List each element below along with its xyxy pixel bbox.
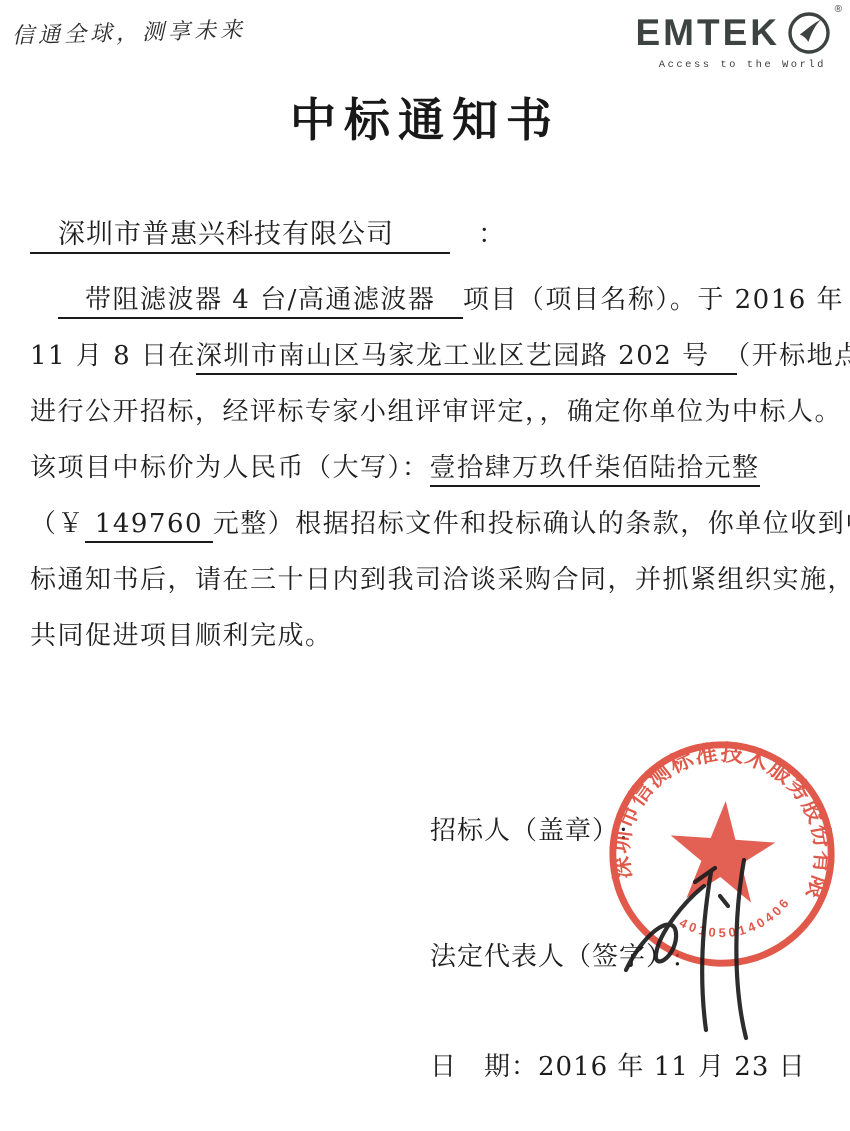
plain-text: （开标地点） bbox=[737, 341, 850, 371]
plain-text: 11 月 8 日在 bbox=[30, 341, 196, 371]
emtek-logo: EMTEK ® Access to the World bbox=[619, 8, 834, 74]
underlined-text: 深圳市南山区马家龙工业区艺园路 202 号 bbox=[196, 341, 737, 375]
date-label: 日 期：2016 年 11 月 23 日 bbox=[430, 1046, 806, 1083]
body-line: 该项目中标价为人民币（大写）：壹拾肆万玖仟柒佰陆拾元整 bbox=[30, 444, 822, 500]
plain-text: ： bbox=[450, 219, 506, 250]
svg-text:401050140406: 401050140406 bbox=[676, 886, 794, 945]
body-line: 带阻滤波器 4 台/高通滤波器 项目（项目名称）。于 2016 年 bbox=[30, 276, 822, 332]
underlined-text: 149760 bbox=[85, 509, 213, 543]
seal-serial-number: 401050140406 bbox=[676, 886, 794, 945]
underlined-text: 深圳市普惠兴科技有限公司 bbox=[30, 219, 450, 254]
salutation-line: 深圳市普惠兴科技有限公司 ： bbox=[30, 212, 506, 251]
plain-text: 进行公开招标，经评标专家小组评审评定，，确定你单位为中标人。 bbox=[30, 397, 842, 427]
body-line: 标通知书后，请在三十日内到我司洽谈采购合同，并抓紧组织实施， bbox=[30, 556, 822, 612]
plain-text: 共同促进项目顺利完成。 bbox=[30, 621, 333, 651]
seal-star bbox=[666, 797, 778, 904]
document-page: 信通全球，测享未来 EMTEK ® Access to the World 中标… bbox=[0, 0, 850, 1131]
plain-text: 项目（项目名称）。于 2016 年 bbox=[463, 285, 844, 315]
body-line: （￥ 149760 元整）根据招标文件和投标确认的条款，你单位收到中 bbox=[30, 500, 822, 556]
logo-wordmark: EMTEK bbox=[636, 14, 781, 51]
svg-text:深圳市信测标准技术服务股份有限公司: 深圳市信测标准技术服务股份有限公司 bbox=[596, 728, 846, 904]
body-paragraphs: 带阻滤波器 4 台/高通滤波器 项目（项目名称）。于 2016 年11 月 8 … bbox=[30, 276, 822, 668]
plain-text: 元整）根据招标文件和投标确认的条款，你单位收到中 bbox=[213, 509, 850, 539]
plain-text: 标通知书后，请在三十日内到我司洽谈采购合同，并抓紧组织实施， bbox=[30, 565, 850, 595]
body-line: 进行公开招标，经评标专家小组评审评定，，确定你单位为中标人。 bbox=[30, 388, 822, 444]
registered-mark: ® bbox=[835, 4, 842, 15]
page-title: 中标通知书 bbox=[0, 84, 850, 150]
handwritten-slogan: 信通全球，测享未来 bbox=[12, 13, 247, 50]
logo-tagline: Access to the World bbox=[619, 59, 834, 71]
plain-text: 该项目中标价为人民币（大写）： bbox=[30, 453, 430, 483]
check-in-circle-icon: ® bbox=[786, 8, 834, 56]
body-line: 11 月 8 日在深圳市南山区马家龙工业区艺园路 202 号 （开标地点） bbox=[30, 332, 822, 388]
underlined-text: 壹拾肆万玖仟柒佰陆拾元整 bbox=[430, 453, 760, 487]
seal-company-name: 深圳市信测标准技术服务股份有限公司 bbox=[596, 728, 846, 904]
body-line: 共同促进项目顺利完成。 bbox=[30, 612, 822, 668]
plain-text bbox=[30, 285, 58, 315]
bidder-seal-label: 招标人（盖章）: bbox=[430, 810, 629, 847]
legal-representative-label: 法定代表人（签字）: bbox=[430, 936, 683, 973]
underlined-text: 带阻滤波器 4 台/高通滤波器 bbox=[58, 285, 463, 319]
plain-text: （￥ bbox=[30, 509, 85, 539]
